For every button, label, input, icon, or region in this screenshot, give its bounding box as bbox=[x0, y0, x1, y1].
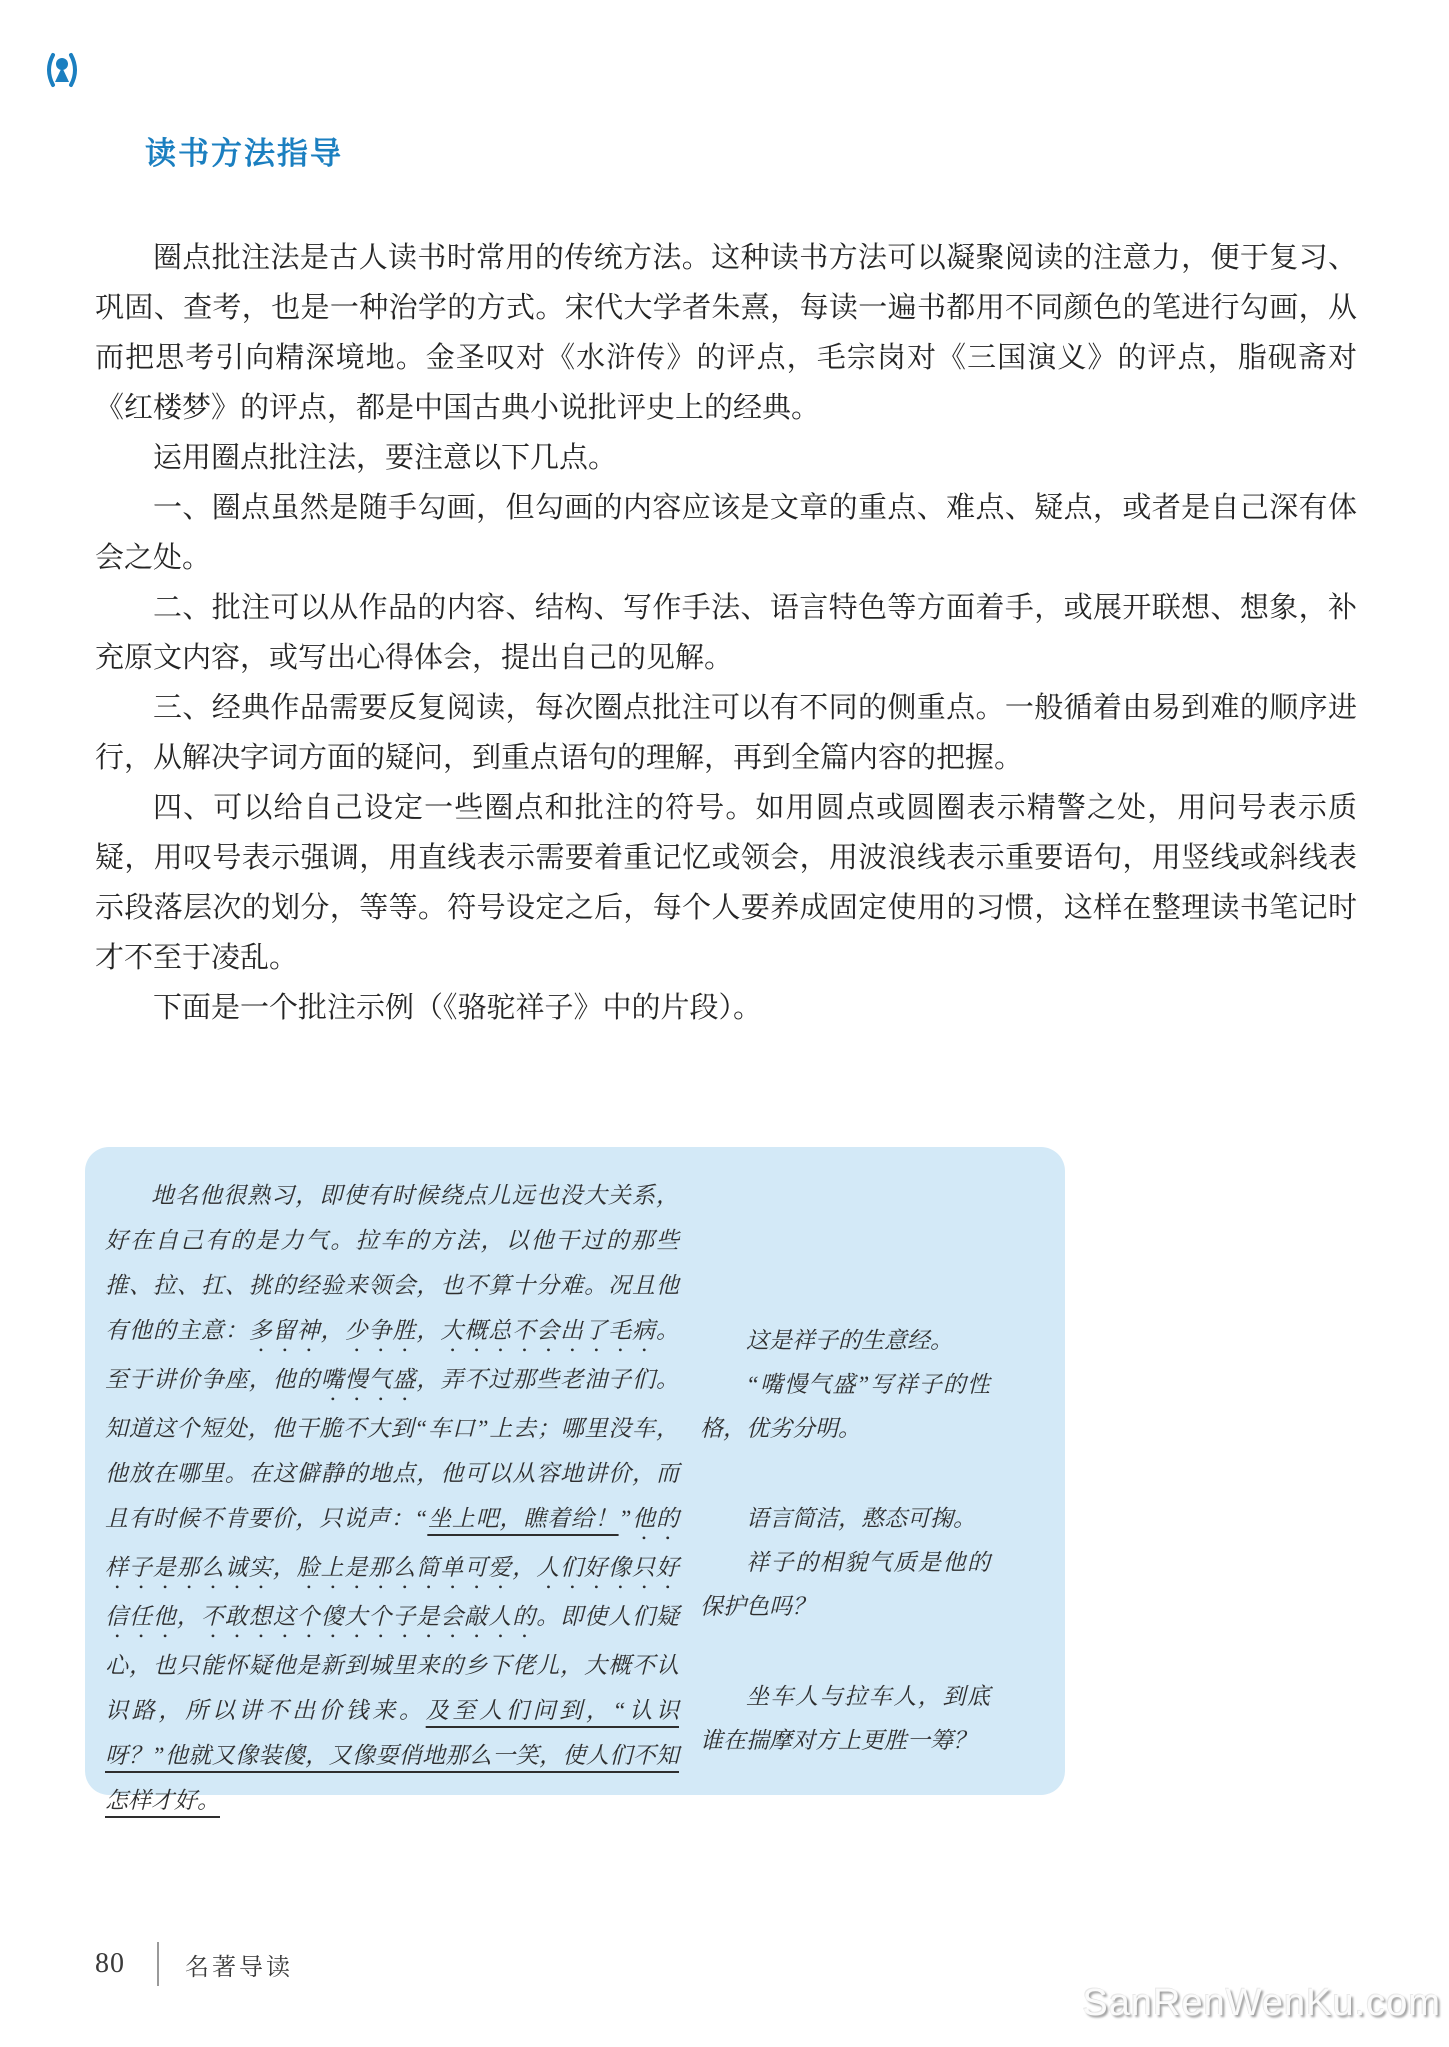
annotated-example-box: 地名他很熟习，即使有时候绕点儿远也没大关系，好在自己有的是力气。拉车的方法，以他… bbox=[85, 1147, 1065, 1795]
body-paragraph: 四、可以给自己设定一些圈点和批注的符号。如用圆点或圆圈表示精警之处，用问号表示质… bbox=[95, 783, 1357, 983]
footer-divider bbox=[157, 1942, 159, 1986]
body-paragraph: 一、圈点虽然是随手勾画，但勾画的内容应该是文章的重点、难点、疑点，或者是自己深有… bbox=[95, 483, 1357, 583]
page-footer: 80 名著导读 bbox=[95, 1942, 293, 1986]
annotation-paragraph: “嘴慢气盛”写祥子的性格，优劣分明。 bbox=[700, 1363, 990, 1451]
publisher-logo-icon bbox=[42, 50, 82, 90]
page-title: 读书方法指导 bbox=[145, 128, 343, 173]
annotation-paragraph: 这是祥子的生意经。 bbox=[700, 1319, 990, 1363]
annotation-block: 坐车人与拉车人，到底谁在揣摩对方上更胜一筹？ bbox=[700, 1675, 990, 1763]
annotation-paragraph: 坐车人与拉车人，到底谁在揣摩对方上更胜一筹？ bbox=[700, 1675, 990, 1763]
body-paragraph: 圈点批注法是古人读书时常用的传统方法。这种读书方法可以凝聚阅读的注意力，便于复习… bbox=[95, 233, 1357, 433]
body-paragraph: 二、批注可以从作品的内容、结构、写作手法、语言特色等方面着手，或展开联想、想象，… bbox=[95, 583, 1357, 683]
body-paragraph: 运用圈点批注法，要注意以下几点。 bbox=[95, 433, 1357, 483]
annotation-paragraph: 语言简洁，憨态可掬。 bbox=[700, 1497, 990, 1541]
page-number: 80 bbox=[95, 1948, 125, 1980]
excerpt-segment-dots: 嘴慢气盛 bbox=[321, 1367, 417, 1392]
footer-section-title: 名著导读 bbox=[185, 1947, 293, 1982]
excerpt-segment-plain: ” bbox=[619, 1506, 632, 1531]
excerpt-segment-underline: 坐上吧，瞧着给！ bbox=[427, 1506, 618, 1531]
body-paragraph: 三、经典作品需要反复阅读，每次圈点批注可以有不同的侧重点。一般循着由易到难的顺序… bbox=[95, 683, 1357, 783]
annotation-block: 语言简洁，憨态可掬。祥子的相貌气质是他的保护色吗？ bbox=[700, 1497, 990, 1629]
textbook-page: 读书方法指导 圈点批注法是古人读书时常用的传统方法。这种读书方法可以凝聚阅读的注… bbox=[0, 0, 1449, 2047]
body-text: 圈点批注法是古人读书时常用的传统方法。这种读书方法可以凝聚阅读的注意力，便于复习… bbox=[95, 233, 1357, 1033]
annotation-paragraph: 祥子的相貌气质是他的保护色吗？ bbox=[700, 1541, 990, 1629]
annotations-column: 这是祥子的生意经。“嘴慢气盛”写祥子的性格，优劣分明。语言简洁，憨态可掬。祥子的… bbox=[700, 1319, 990, 1809]
excerpt-text: 地名他很熟习，即使有时候绕点儿远也没大关系，好在自己有的是力气。拉车的方法，以他… bbox=[105, 1173, 679, 1823]
annotation-block: 这是祥子的生意经。“嘴慢气盛”写祥子的性格，优劣分明。 bbox=[700, 1319, 990, 1451]
watermark: SanRenWenKu.com bbox=[1082, 1982, 1441, 2025]
excerpt-segment-dots: 多留神，少争胜，大概总不会出了毛病 bbox=[249, 1318, 656, 1343]
body-paragraph: 下面是一个批注示例（《骆驼祥子》中的片段）。 bbox=[95, 983, 1357, 1033]
